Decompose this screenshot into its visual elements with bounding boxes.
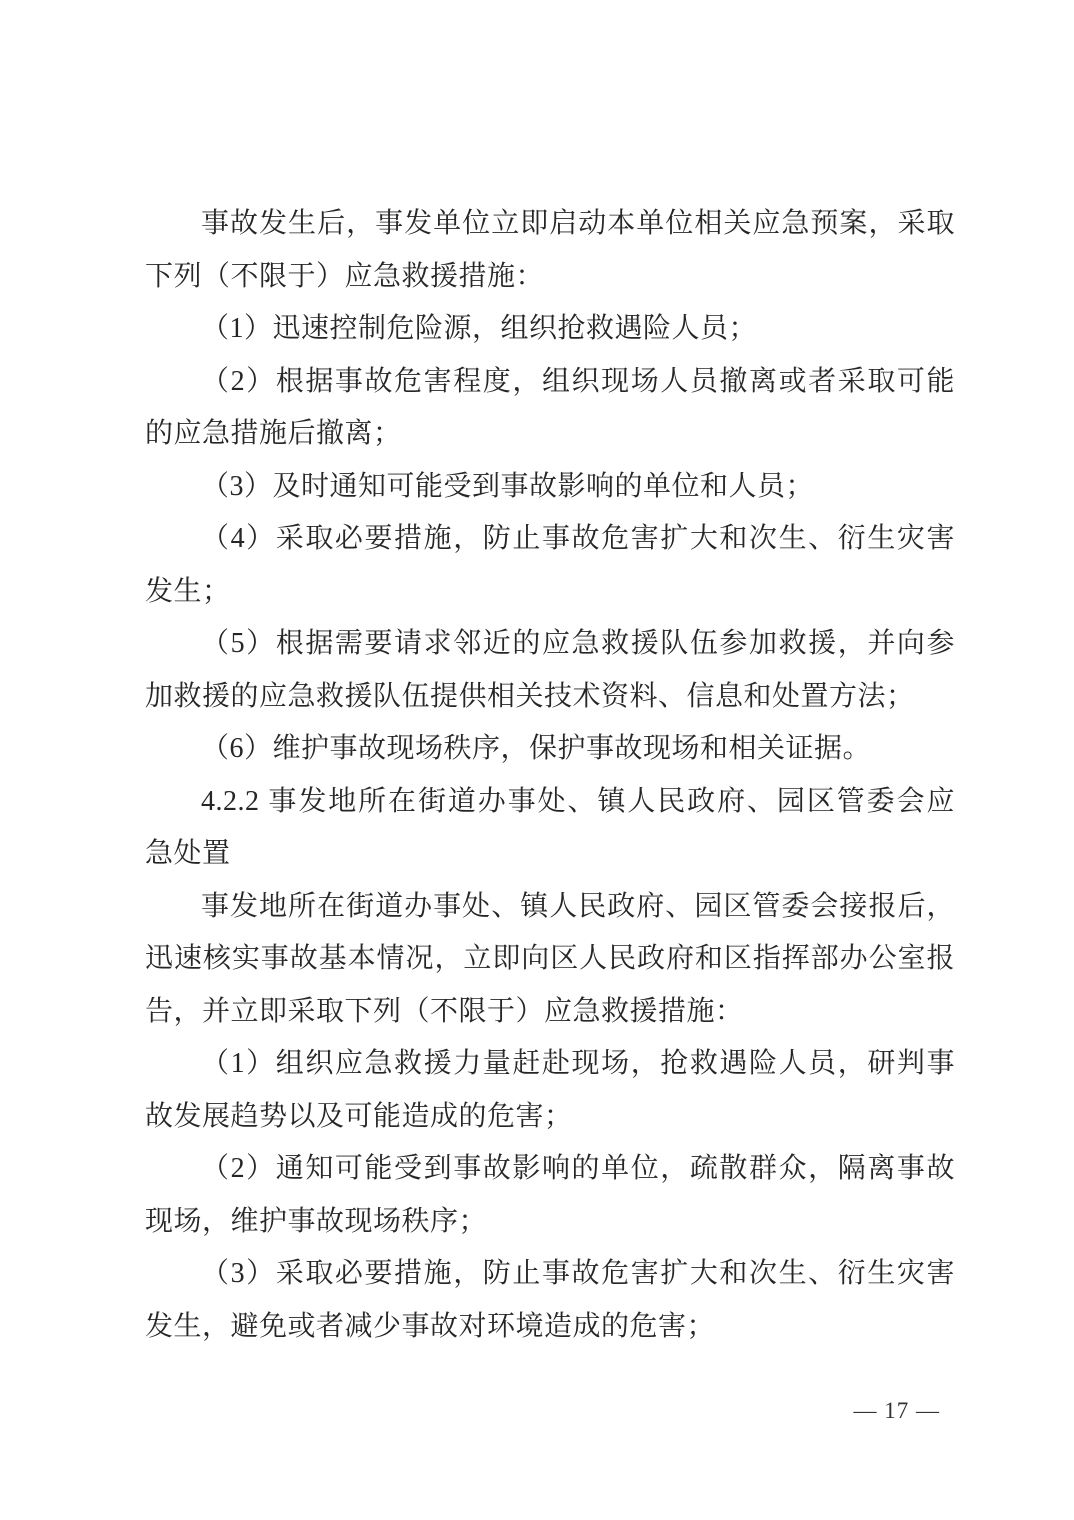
text-line: 发生； xyxy=(145,566,955,619)
text-line: 发生，避免或者减少事故对环境造成的危害； xyxy=(145,1301,955,1354)
text-line: 事故发生后，事发单位立即启动本单位相关应急预案，采取 xyxy=(145,198,955,251)
list-item-line: （3）及时通知可能受到事故影响的单位和人员； xyxy=(145,461,955,514)
text-line: 下列（不限于）应急救援措施： xyxy=(145,251,955,304)
text-line: 现场，维护事故现场秩序； xyxy=(145,1196,955,1249)
text-line: 事发地所在街道办事处、镇人民政府、园区管委会接报后， xyxy=(145,881,955,934)
section-heading-line-2: 急处置 xyxy=(145,828,955,881)
list-item-line: （5）根据需要请求邻近的应急救援队伍参加救援，并向参 xyxy=(145,618,955,671)
list-item-line: （2）根据事故危害程度，组织现场人员撤离或者采取可能 xyxy=(145,356,955,409)
document-page: 事故发生后，事发单位立即启动本单位相关应急预案，采取 下列（不限于）应急救援措施… xyxy=(0,0,1074,1520)
document-body: 事故发生后，事发单位立即启动本单位相关应急预案，采取 下列（不限于）应急救援措施… xyxy=(145,198,955,1353)
list-item-line: （6）维护事故现场秩序，保护事故现场和相关证据。 xyxy=(145,723,955,776)
section-heading-line-1: 4.2.2 事发地所在街道办事处、镇人民政府、园区管委会应 xyxy=(145,776,955,829)
text-line: 故发展趋势以及可能造成的危害； xyxy=(145,1091,955,1144)
list-item-line: （1）迅速控制危险源，组织抢救遇险人员； xyxy=(145,303,955,356)
list-item-line: （4）采取必要措施，防止事故危害扩大和次生、衍生灾害 xyxy=(145,513,955,566)
text-line: 加救援的应急救援队伍提供相关技术资料、信息和处置方法； xyxy=(145,671,955,724)
list-item-line: （3）采取必要措施，防止事故危害扩大和次生、衍生灾害 xyxy=(145,1248,955,1301)
text-line: 的应急措施后撤离； xyxy=(145,408,955,461)
list-item-line: （1）组织应急救援力量赶赴现场，抢救遇险人员，研判事 xyxy=(145,1038,955,1091)
page-number: — 17 — xyxy=(854,1396,941,1426)
list-item-line: （2）通知可能受到事故影响的单位，疏散群众，隔离事故 xyxy=(145,1143,955,1196)
text-line: 告，并立即采取下列（不限于）应急救援措施： xyxy=(145,986,955,1039)
text-line: 迅速核实事故基本情况，立即向区人民政府和区指挥部办公室报 xyxy=(145,933,955,986)
